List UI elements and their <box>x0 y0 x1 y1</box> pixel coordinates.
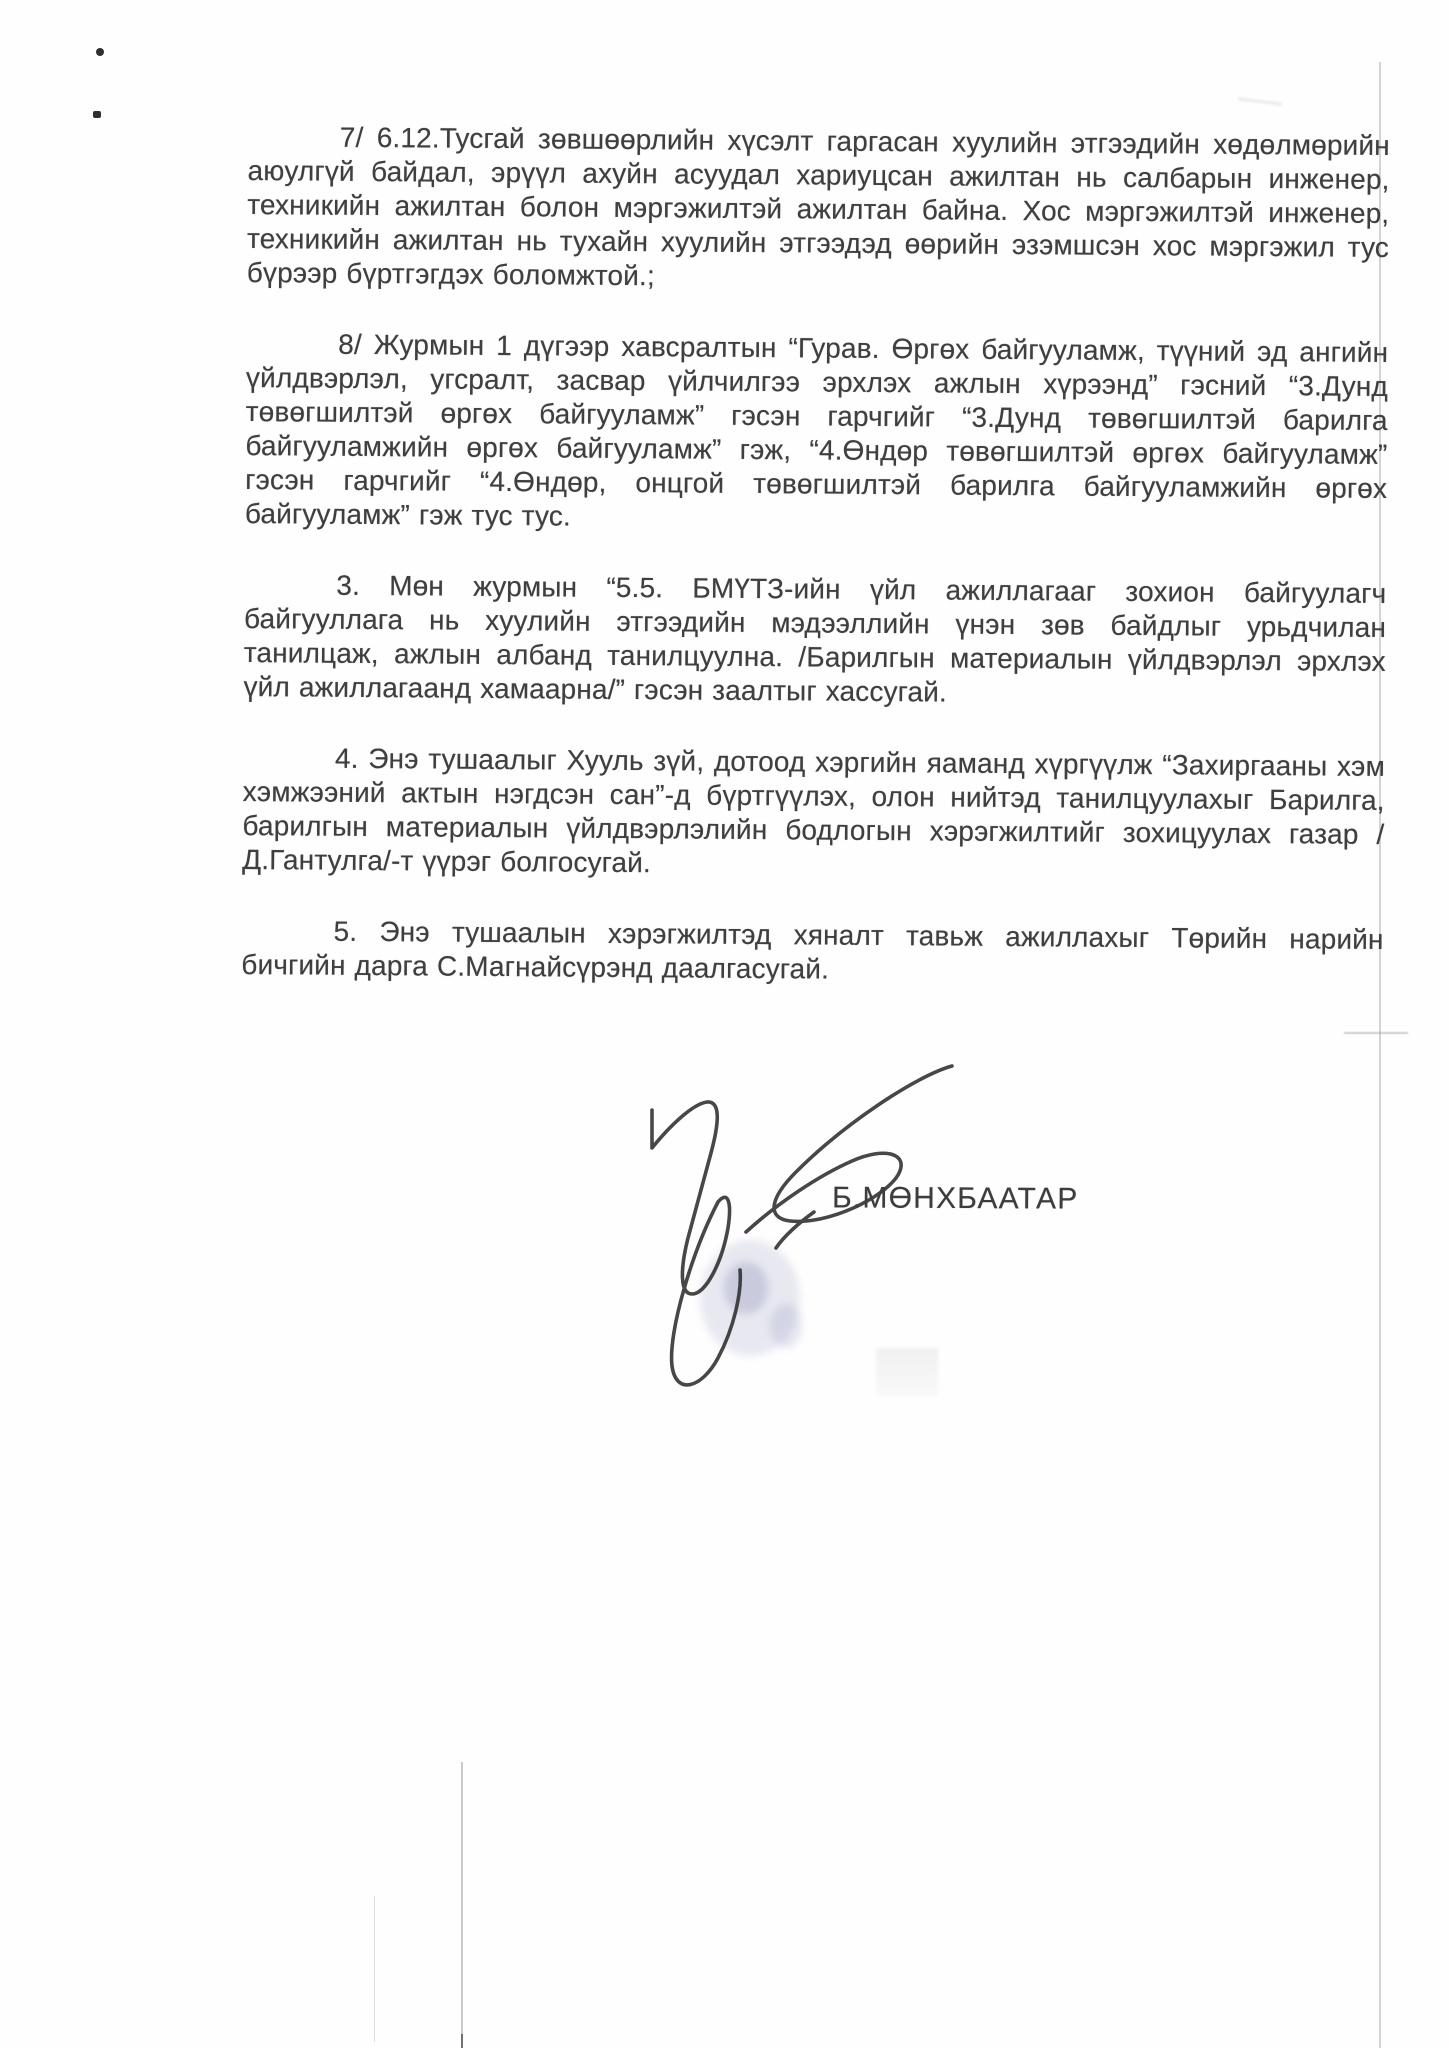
scan-edge-line <box>374 1896 375 2042</box>
scanned-document-page: 7/ 6.12.Тусгай зөвшөөрлийн хүсэлт гаргас… <box>0 0 1449 2048</box>
paragraph-oversight-duty: 5. Энэ тушаалын хэрэгжилтэд хяналт тавьж… <box>241 914 1383 991</box>
scan-smudge <box>876 1348 938 1396</box>
ink-speck <box>93 111 101 118</box>
signatory-name: Б.МӨНХБААТАР <box>832 1181 1079 1216</box>
signature-block: Б.МӨНХБААТАР <box>600 1040 1200 1440</box>
paragraph-annex-amendment: 8/ Журмын 1 дүгээр хавсралтын “Гурав. Өр… <box>245 327 1389 540</box>
scan-edge-line <box>461 1762 463 2048</box>
paragraph-registration-duty: 4. Энэ тушаалыг Хууль зүй, дотоод хэргий… <box>242 741 1385 886</box>
paragraph-clause-removal: 3. Мөн журмын “5.5. БМҮТЗ-ийн үйл ажилла… <box>243 568 1386 713</box>
ink-speck <box>96 48 104 56</box>
document-body: 7/ 6.12.Тусгай зөвшөөрлийн хүсэлт гаргас… <box>241 120 1390 1028</box>
signature-ink <box>652 1066 952 1385</box>
paragraph-6-12-amendment: 7/ 6.12.Тусгай зөвшөөрлийн хүсэлт гаргас… <box>247 120 1390 299</box>
scan-smudge <box>1238 97 1282 105</box>
scan-fold-line <box>1344 1032 1408 1034</box>
stamp-smudge <box>700 1240 802 1356</box>
